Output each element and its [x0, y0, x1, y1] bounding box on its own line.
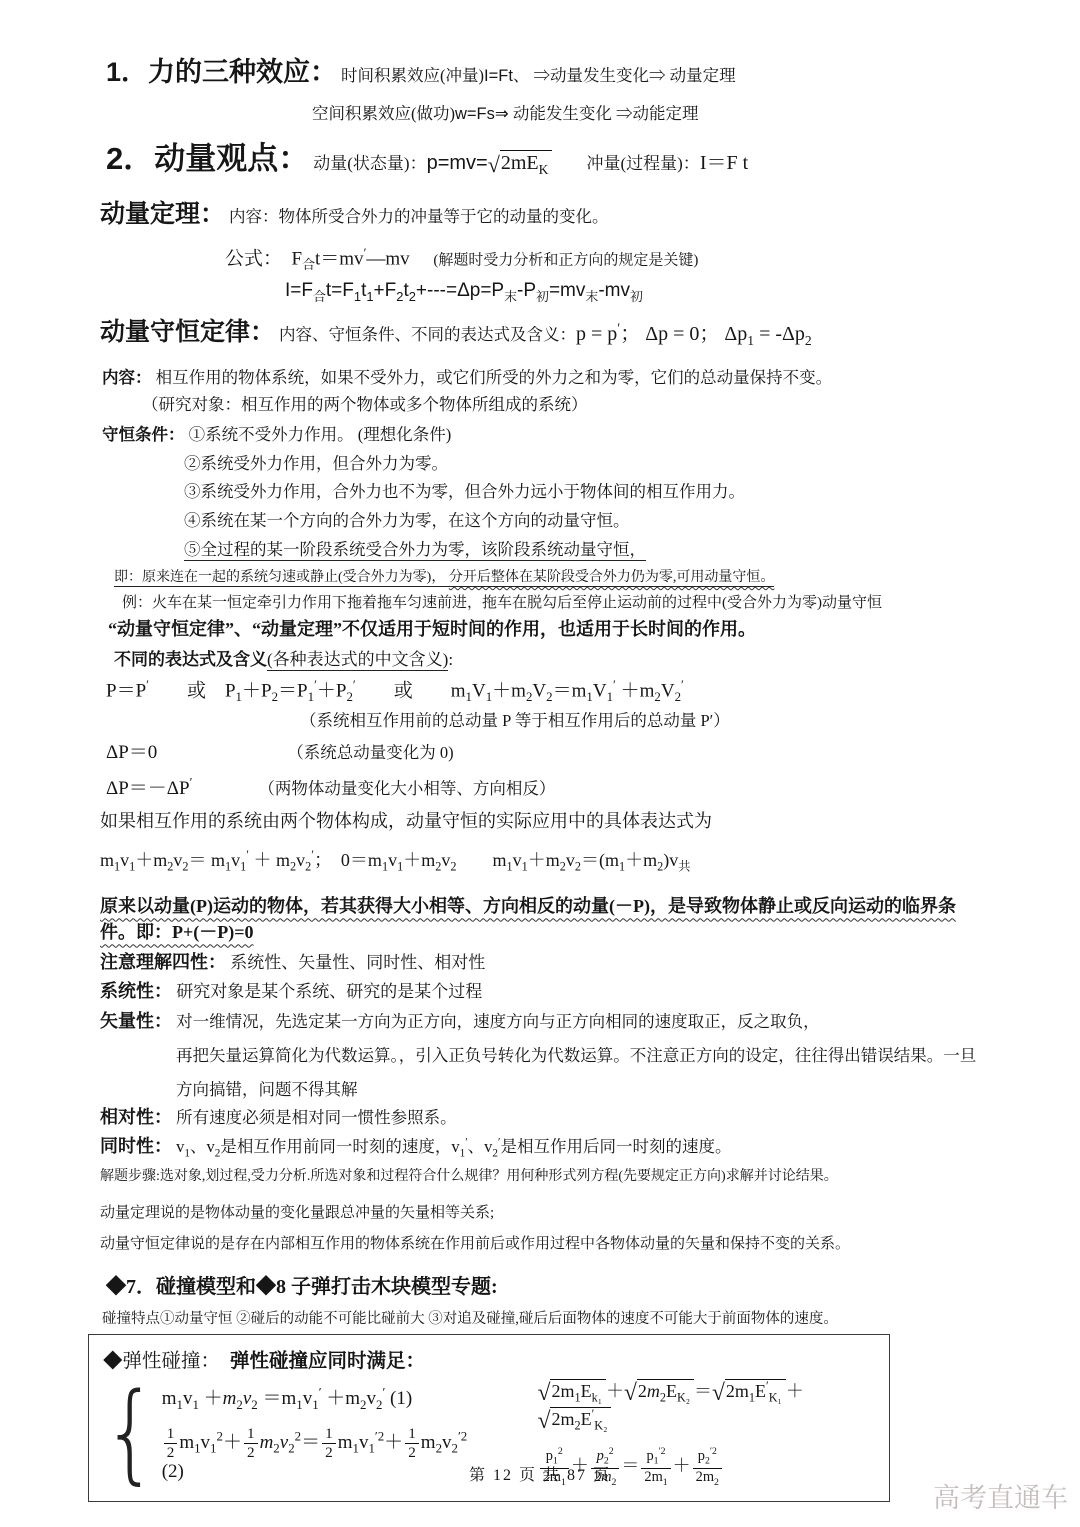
solution-steps: 解题步骤:选对象,划过程,受力分析.所选对象和过程符合什么规律？用何种形式列方程…: [100, 1168, 980, 1186]
simultaneous-label: 同时性：: [100, 1136, 172, 1156]
heading-momentum-view-title: 2．动量观点：: [106, 141, 309, 176]
expressions-colon: :: [448, 650, 453, 669]
heading-momentum-view: 2．动量观点： 动量(状态量)：p=mv=√2mEK 冲量(过程量)：I＝F t: [106, 140, 980, 179]
collision-features: 碰撞特点①动量守恒 ②碰后的动能不可能比碰前大 ③对追及碰撞,碰后后面物体的速度…: [102, 1310, 980, 1328]
elastic-collision-title: ◆弹性碰撞：弹性碰撞应同时满足：: [103, 1345, 875, 1373]
critical-condition-text: 原来以动量(P)运动的物体，若其获得大小相等、方向相反的动量(－P)，是导致物体…: [100, 896, 956, 942]
conservation-condition-5: ⑤全过程的某一阶段系统受合外力为零，该阶段系统动量守恒，: [184, 540, 980, 561]
delta-p-opposite-line: ΔP＝－ΔP′ （两物体动量变化大小相等、方向相反）: [106, 775, 980, 801]
applicability-quote: “动量守恒定律”、“动量定理”不仅适用于短时间的作用，也适用于长时间的作用。: [108, 618, 980, 641]
train-example: 例：火车在某一恒定牵引力作用下拖着拖车匀速前进，拖车在脱勾后至停止运动前的过程中…: [122, 594, 980, 613]
momentum-equation: m1v1 ＋m2v2 ＝m1v1′ ＋m2v2′ (1): [162, 1383, 492, 1413]
content-text: 相互作用的物体系统，如果不受外力，或它们所受的外力之和为零，它们的总动量保持不变…: [156, 368, 833, 387]
conservation-content-line: 内容： 相互作用的物体系统，如果不受外力，或它们所受的外力之和为零，它们的总动量…: [102, 368, 980, 389]
relative-line: 相对性： 所有速度必须是相对同一惯性参照系。: [100, 1106, 980, 1129]
simultaneous-text: v1、v2是相互作用前同一时刻的速度，v1′、v2′是相互作用后同一时刻的速度。: [176, 1137, 731, 1156]
theorem-note: 动量定理说的是物体动量的变化量跟总冲量的矢量相等关系;: [100, 1204, 980, 1223]
condition-5-text: ⑤全过程的某一阶段系统受合外力为零，该阶段系统动量守恒，: [184, 540, 646, 561]
two-body-intro: 如果相互作用的系统由两个物体构成，动量守恒的实际应用中的具体表达式为: [100, 810, 980, 833]
condition-1-text: ①系统不受外力作用。 (理想化条件): [189, 425, 452, 444]
vector-text-2: 再把矢量运算简化为代数运算。，引入正负号转化为代数运算。不注意正方向的设定，往往…: [176, 1046, 980, 1067]
conservation-condition-4: ④系统在某一个方向的合外力为零，在这个方向的动量守恒。: [184, 511, 980, 532]
heading-force-effects: 1．力的三种效应： 时间积累效应(冲量)I=Ft、 ⇒动量发生变化⇒ 动量定理: [106, 56, 980, 90]
delta-p-opposite-formula: ΔP＝－ΔP′: [106, 778, 192, 799]
expressions-heading: 不同的表达式及含义(各种表达式的中文含义):: [114, 649, 980, 670]
momentum-conservation-title: 动量守恒定律：: [100, 318, 275, 346]
document-content: 1．力的三种效应： 时间积累效应(冲量)I=Ft、 ⇒动量发生变化⇒ 动量定理 …: [0, 0, 1080, 1502]
conservation-note: 动量守恒定律说的是存在内部相互作用的物体系统在作用前后或作用过程中各物体动量的矢…: [100, 1235, 980, 1254]
momentum-view-formulas: 动量(状态量)：p=mv=√2mEK 冲量(过程量)：I＝F t: [313, 154, 748, 173]
relative-label: 相对性：: [100, 1107, 172, 1127]
conservation-condition-1: 守恒条件： ①系统不受外力作用。 (理想化条件): [102, 425, 980, 446]
condition-note-line: 即：原来连在一起的系统匀速或静止(受合外力为零)， 分开后整体在某阶段受合外力仍…: [114, 569, 980, 587]
sqrt-energy-equation: √2m1Ek₁＋√2m2EK₂＝√2m1E′K₁＋√2m2E′K₂: [538, 1377, 875, 1435]
force-effects-time-text: 时间积累效应(冲量)I=Ft、 ⇒动量发生变化⇒ 动量定理: [341, 66, 736, 85]
vector-label: 矢量性：: [100, 1011, 172, 1031]
delta-p-zero-note: （系统总动量变化为 0): [287, 743, 453, 762]
vector-line: 矢量性： 对一维情况，先选定某一方向为正方向，速度方向与正方向相同的速度取正，反…: [100, 1010, 980, 1033]
delta-p-opposite-note: （两物体动量变化大小相等、方向相反）: [258, 779, 555, 798]
momentum-theorem-content: 内容：物体所受合外力的冲量等于它的动量的变化。: [229, 207, 609, 226]
condition-note-wrap: 即：原来连在一起的系统匀速或静止(受合外力为零)， 分开后整体在某阶段受合外力仍…: [114, 570, 774, 587]
four-properties-text: 系统性、矢量性、同时性、相对性: [230, 953, 485, 972]
research-object-note: （研究对象：相互作用的两个物体或多个物体所组成的系统）: [142, 395, 980, 416]
two-body-expressions: m1v1＋m2v2＝ m1v1′ ＋ m2v2′； 0＝m1v1＋m2v2 m1…: [100, 848, 980, 875]
expression-forms-note: （系统相互作用前的总动量 P 等于相互作用后的总动量 P′）: [300, 711, 980, 732]
relative-text: 所有速度必须是相对同一惯性参照系。: [176, 1108, 457, 1127]
four-properties-label: 注意理解四性：: [100, 952, 226, 972]
heading-momentum-theorem: 动量定理： 内容：物体所受合外力的冲量等于它的动量的变化。: [100, 199, 980, 230]
momentum-theorem-formula: 公式： F合t＝mv′—mv (解题时受力分析和正方向的规定是关键): [225, 245, 980, 273]
vector-text: 对一维情况，先选定某一方向为正方向，速度方向与正方向相同的速度取正，反之取负，: [176, 1012, 820, 1031]
impulse-expanded-formula: I=F合t=F1t1+F2t2+---=Δp=P末-P初=mv末-mv初: [285, 279, 980, 305]
elastic-collision-label-a: ◆弹性碰撞：: [103, 1351, 220, 1372]
condition-note-b: 分开后整体在某阶段受合外力仍为零,可用动量守恒。: [449, 570, 775, 585]
expressions-paren: (各种表达式的中文含义): [267, 650, 448, 671]
page-footer: 第 12 页 共 87 页: [0, 1462, 1080, 1485]
watermark-gaokao: 高考直通车: [933, 1476, 1068, 1515]
condition-note-a: 即：原来连在一起的系统匀速或静止(受合外力为零)，: [114, 570, 445, 585]
conservation-condition-2: ②系统受外力作用，但合外力为零。: [184, 454, 980, 475]
vector-text-3: 方向搞错，问题不得其解: [176, 1080, 980, 1101]
force-effects-space-text: 空间积累效应(做功)w=Fs⇒ 动能发生变化 ⇒动能定理: [312, 104, 980, 125]
systemic-line: 系统性： 研究对象是某个系统、研究的是某个过程: [100, 980, 980, 1003]
conservation-condition-3: ③系统受外力作用，合外力也不为零，但合外力远小于物体间的相互作用力。: [184, 482, 980, 503]
heading-force-effects-title: 1．力的三种效应：: [106, 57, 337, 87]
heading-momentum-conservation: 动量守恒定律： 内容、守恒条件、不同的表达式及含义：p = p′； Δp = 0…: [100, 317, 980, 350]
expressions-label: 不同的表达式及含义: [114, 650, 267, 669]
momentum-conservation-summary: 内容、守恒条件、不同的表达式及含义：p = p′； Δp = 0； Δp1 = …: [279, 327, 812, 344]
critical-condition-block: 原来以动量(P)运动的物体，若其获得大小相等、方向相反的动量(－P)，是导致物体…: [100, 893, 980, 945]
expression-forms: P＝P′ 或 P1＋P2＝P1′＋P2′ 或 m1V1＋m2V2＝m1V1′ ＋…: [106, 677, 980, 705]
four-properties-line: 注意理解四性： 系统性、矢量性、同时性、相对性: [100, 951, 980, 974]
condition-label: 守恒条件：: [102, 425, 185, 444]
heading-collision-models: ◆7．碰撞模型和◆8 子弹打击木块模型专题:: [106, 1275, 980, 1300]
content-label: 内容：: [102, 368, 152, 387]
simultaneous-line: 同时性： v1、v2是相互作用前同一时刻的速度，v1′、v2′是相互作用后同一时…: [100, 1135, 980, 1160]
document-page: 1．力的三种效应： 时间积累效应(冲量)I=Ft、 ⇒动量发生变化⇒ 动量定理 …: [0, 0, 1080, 1527]
systemic-label: 系统性：: [100, 981, 172, 1001]
systemic-text: 研究对象是某个系统、研究的是某个过程: [176, 982, 482, 1001]
momentum-theorem-title: 动量定理：: [100, 200, 225, 228]
delta-p-zero-line: ΔP＝0 （系统总动量变化为 0): [106, 741, 980, 765]
elastic-collision-label-b: 弹性碰撞应同时满足：: [230, 1351, 425, 1372]
delta-p-zero-formula: ΔP＝0: [106, 742, 157, 763]
